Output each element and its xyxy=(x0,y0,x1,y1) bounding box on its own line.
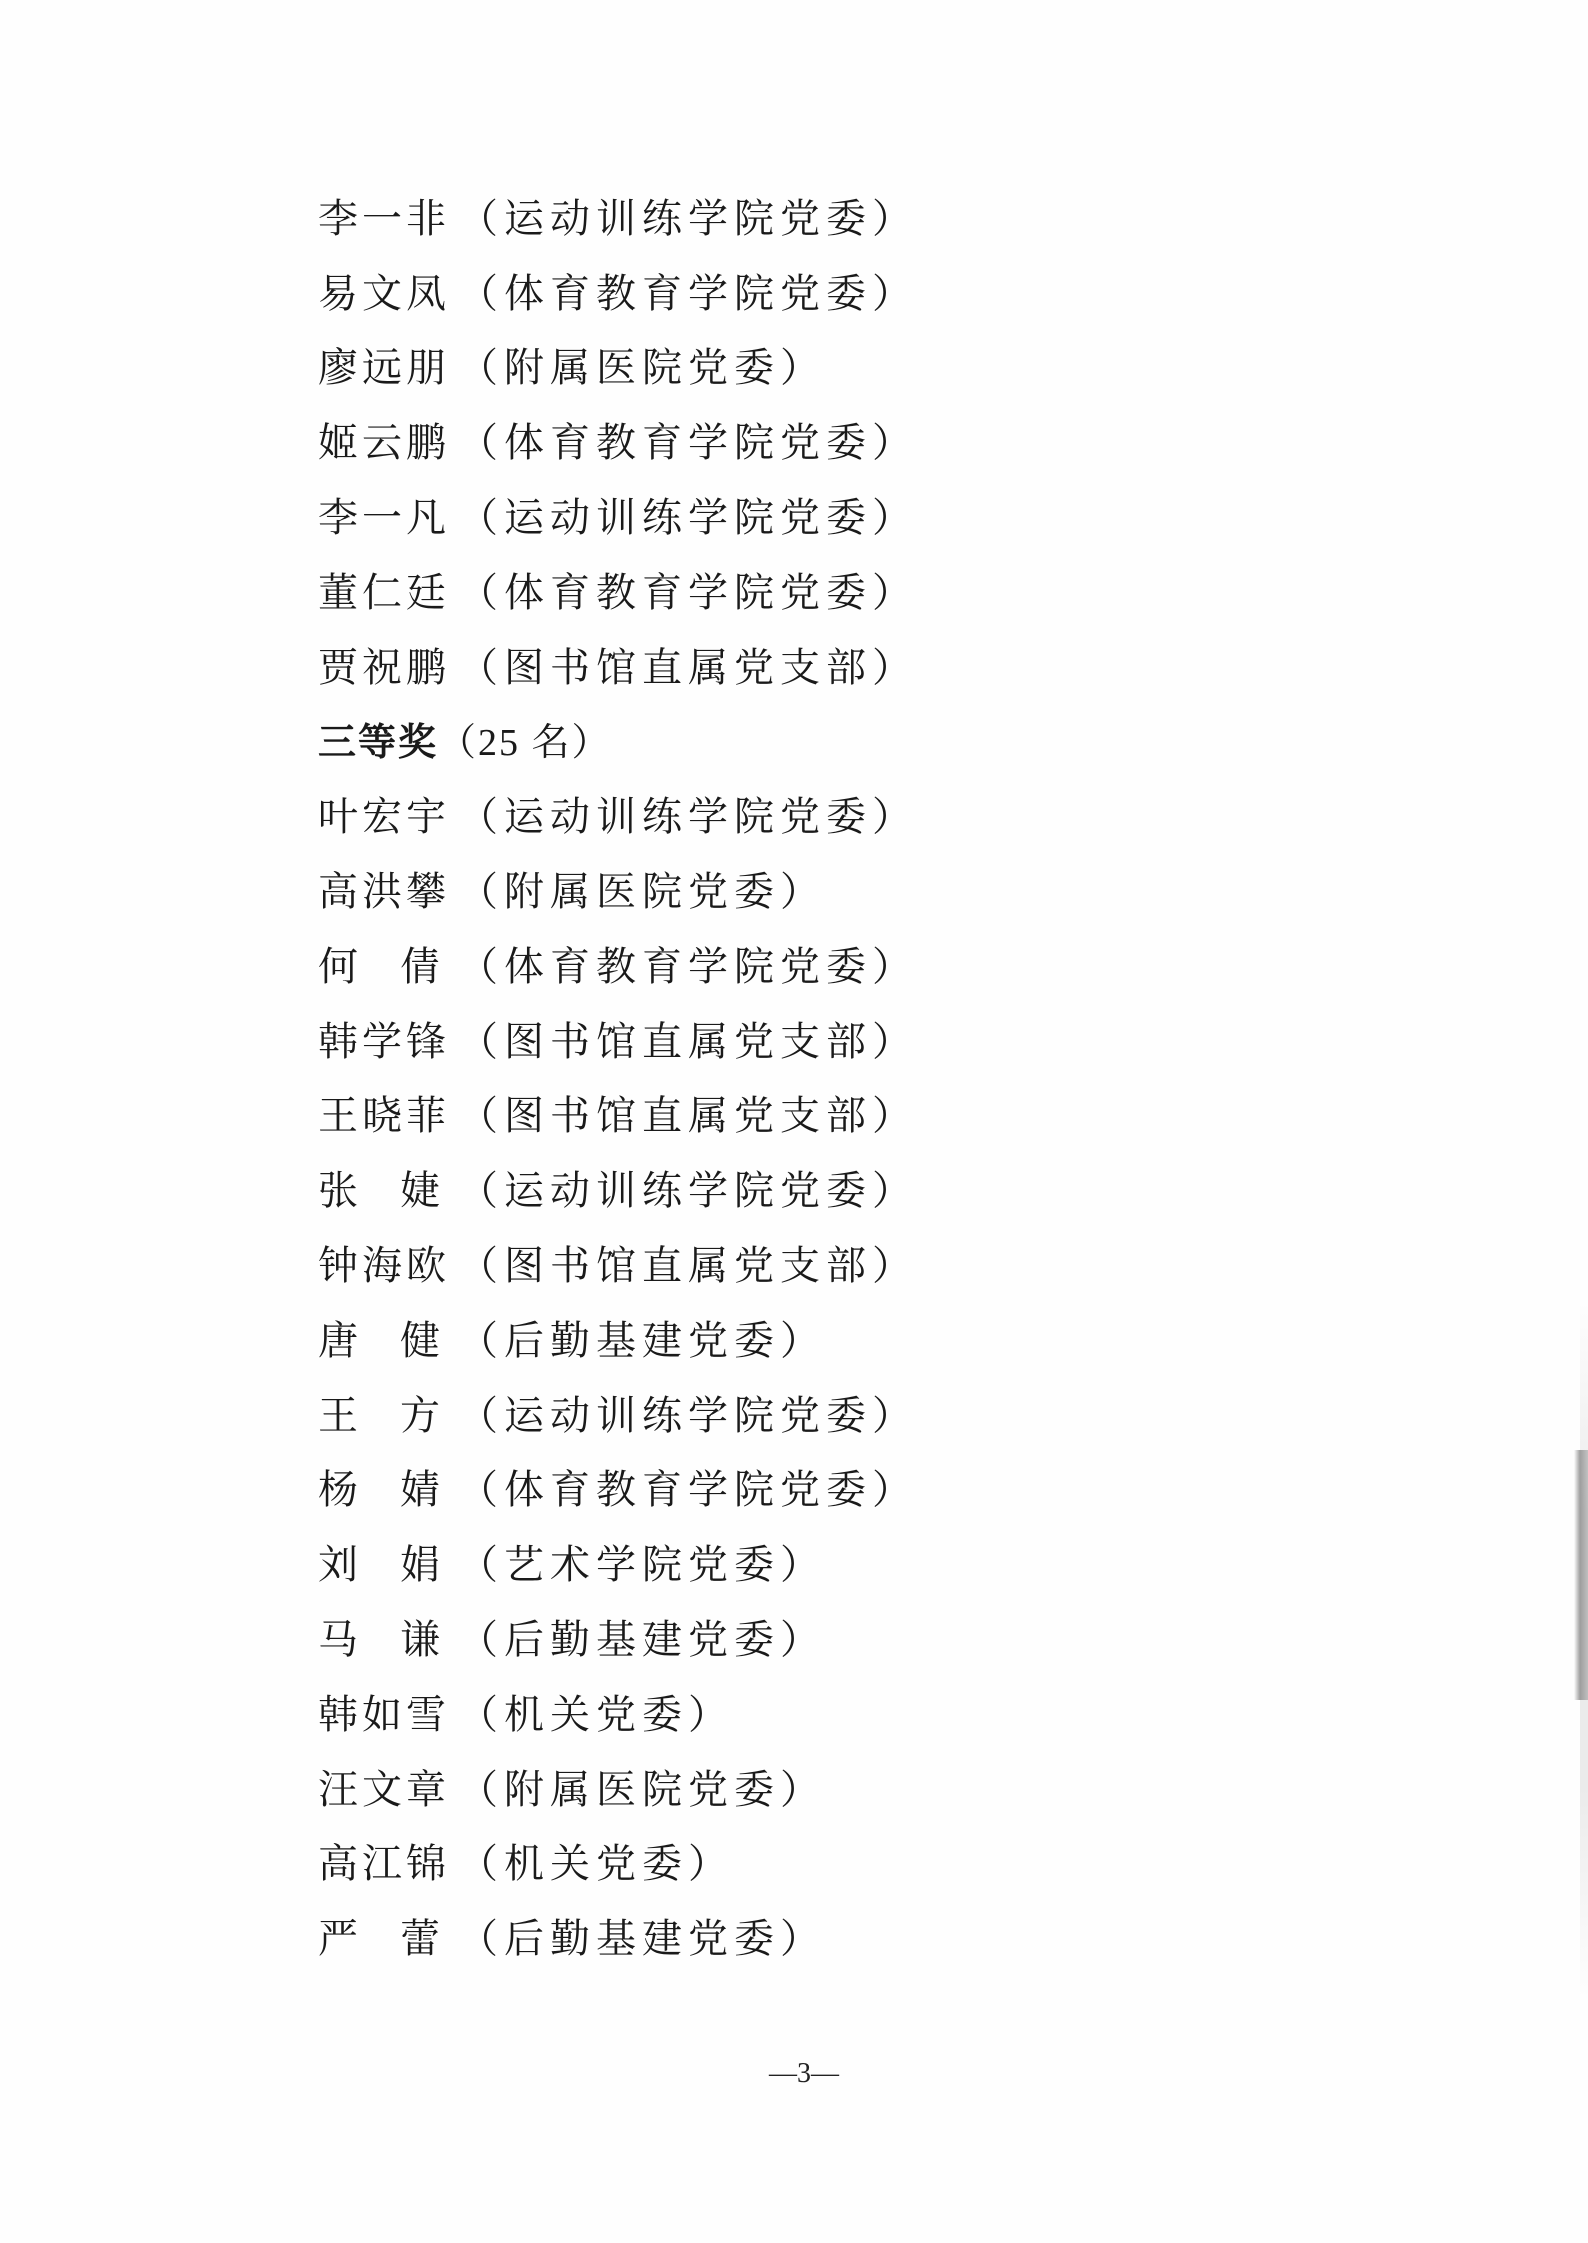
party-organization: （体育教育学院党委） xyxy=(458,935,918,992)
list-item: 王方 （运动训练学院党委） xyxy=(318,1375,1318,1450)
awardee-name: 刘娟 xyxy=(318,1533,444,1590)
party-organization: （后勤基建党委） xyxy=(458,1309,826,1366)
party-organization: （后勤基建党委） xyxy=(458,1608,826,1665)
awardee-name: 姬云鹏 xyxy=(318,411,444,468)
list-item: 贾祝鹏 （图书馆直属党支部） xyxy=(318,627,1318,702)
party-organization: （运动训练学院党委） xyxy=(458,1159,918,1216)
award-list: 李一非 （运动训练学院党委） 易文凤 （体育教育学院党委） 廖远朋 （附属医院党… xyxy=(318,178,1318,1973)
awardee-name: 高江锦 xyxy=(318,1832,444,1889)
scan-edge-shadow-dark xyxy=(1574,1450,1588,1700)
awardee-name: 王方 xyxy=(318,1384,444,1441)
section-title: 三等奖 xyxy=(318,711,438,766)
party-organization: （体育教育学院党委） xyxy=(458,262,918,319)
awardee-name: 韩如雪 xyxy=(318,1683,444,1740)
list-item: 叶宏宇 （运动训练学院党委） xyxy=(318,776,1318,851)
list-item: 张婕 （运动训练学院党委） xyxy=(318,1150,1318,1225)
list-item: 易文凤 （体育教育学院党委） xyxy=(318,253,1318,328)
party-organization: （体育教育学院党委） xyxy=(458,561,918,618)
list-item: 高洪攀 （附属医院党委） xyxy=(318,851,1318,926)
party-organization: （运动训练学院党委） xyxy=(458,486,918,543)
list-item: 姬云鹏 （体育教育学院党委） xyxy=(318,402,1318,477)
party-organization: （体育教育学院党委） xyxy=(458,411,918,468)
list-item: 韩学锋 （图书馆直属党支部） xyxy=(318,1001,1318,1076)
party-organization: （图书馆直属党支部） xyxy=(458,1084,918,1141)
awardee-name: 唐健 xyxy=(318,1309,444,1366)
list-item: 汪文章 （附属医院党委） xyxy=(318,1749,1318,1824)
awardee-name: 何倩 xyxy=(318,935,444,992)
awardee-name: 董仁廷 xyxy=(318,561,444,618)
party-organization: （机关党委） xyxy=(458,1832,734,1889)
party-organization: （体育教育学院党委） xyxy=(458,1458,918,1515)
awardee-name: 李一非 xyxy=(318,187,444,244)
party-organization: （图书馆直属党支部） xyxy=(458,1234,918,1291)
party-organization: （附属医院党委） xyxy=(458,336,826,393)
section-count: （25 名） xyxy=(438,711,612,766)
party-organization: （机关党委） xyxy=(458,1683,734,1740)
section-heading-third-prize: 三等奖（25 名） xyxy=(318,702,1318,777)
list-item: 王晓菲 （图书馆直属党支部） xyxy=(318,1076,1318,1151)
page-number: —3— xyxy=(10,2058,1588,2090)
awardee-name: 李一凡 xyxy=(318,486,444,543)
awardee-name: 易文凤 xyxy=(318,262,444,319)
list-item: 高江锦 （机关党委） xyxy=(318,1824,1318,1899)
awardee-name: 严蕾 xyxy=(318,1907,444,1964)
party-organization: （后勤基建党委） xyxy=(458,1907,826,1964)
party-organization: （附属医院党委） xyxy=(458,860,826,917)
awardee-name: 汪文章 xyxy=(318,1758,444,1815)
list-item: 李一非 （运动训练学院党委） xyxy=(318,178,1318,253)
awardee-name: 韩学锋 xyxy=(318,1010,444,1067)
list-item: 杨婧 （体育教育学院党委） xyxy=(318,1450,1318,1525)
party-organization: （运动训练学院党委） xyxy=(458,187,918,244)
awardee-name: 高洪攀 xyxy=(318,860,444,917)
list-item: 李一凡 （运动训练学院党委） xyxy=(318,477,1318,552)
list-item: 董仁廷 （体育教育学院党委） xyxy=(318,552,1318,627)
awardee-name: 贾祝鹏 xyxy=(318,636,444,693)
list-item: 韩如雪 （机关党委） xyxy=(318,1674,1318,1749)
list-item: 马谦 （后勤基建党委） xyxy=(318,1599,1318,1674)
awardee-name: 王晓菲 xyxy=(318,1084,444,1141)
awardee-name: 钟海欧 xyxy=(318,1234,444,1291)
party-organization: （附属医院党委） xyxy=(458,1758,826,1815)
awardee-name: 张婕 xyxy=(318,1159,444,1216)
party-organization: （图书馆直属党支部） xyxy=(458,636,918,693)
list-item: 廖远朋 （附属医院党委） xyxy=(318,328,1318,403)
document-page: 李一非 （运动训练学院党委） 易文凤 （体育教育学院党委） 廖远朋 （附属医院党… xyxy=(0,0,1588,2243)
party-organization: （运动训练学院党委） xyxy=(458,785,918,842)
party-organization: （图书馆直属党支部） xyxy=(458,1010,918,1067)
awardee-name: 杨婧 xyxy=(318,1458,444,1515)
list-item: 刘娟 （艺术学院党委） xyxy=(318,1524,1318,1599)
list-item: 唐健 （后勤基建党委） xyxy=(318,1300,1318,1375)
entries-second-prize-continued: 李一非 （运动训练学院党委） 易文凤 （体育教育学院党委） 廖远朋 （附属医院党… xyxy=(318,178,1318,702)
list-item: 何倩 （体育教育学院党委） xyxy=(318,926,1318,1001)
entries-third-prize: 叶宏宇 （运动训练学院党委） 高洪攀 （附属医院党委） 何倩 （体育教育学院党委… xyxy=(318,776,1318,1973)
awardee-name: 廖远朋 xyxy=(318,336,444,393)
awardee-name: 马谦 xyxy=(318,1608,444,1665)
list-item: 严蕾 （后勤基建党委） xyxy=(318,1898,1318,1973)
party-organization: （运动训练学院党委） xyxy=(458,1384,918,1441)
list-item: 钟海欧 （图书馆直属党支部） xyxy=(318,1225,1318,1300)
awardee-name: 叶宏宇 xyxy=(318,785,444,842)
party-organization: （艺术学院党委） xyxy=(458,1533,826,1590)
